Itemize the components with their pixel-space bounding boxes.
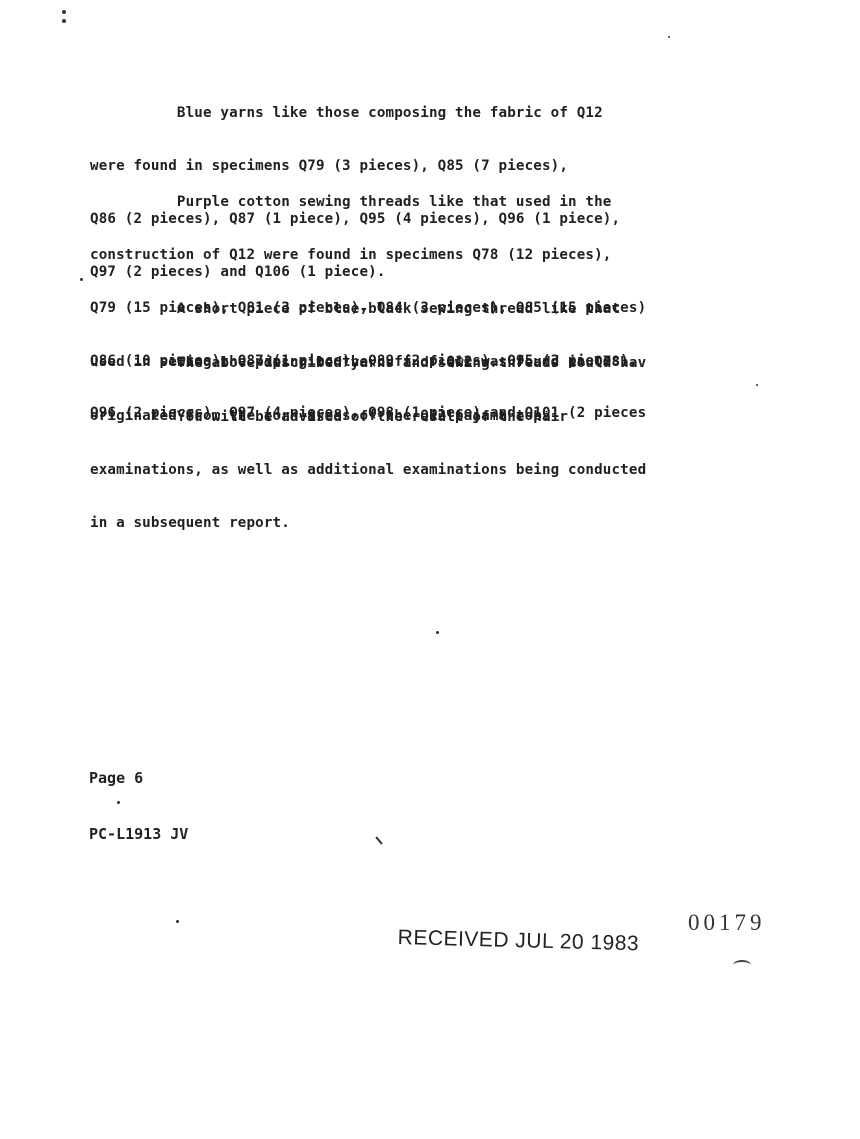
text-line: A short piece of blue-black sewing threa…: [90, 301, 790, 319]
scan-speck: [62, 10, 66, 14]
text-line: examinations, as well as additional exam…: [90, 462, 790, 480]
scan-mark: [375, 836, 382, 844]
scan-speck: [436, 631, 439, 634]
file-reference: PC-L1913 JV: [89, 825, 188, 844]
scan-speck: [176, 920, 179, 923]
paragraph-advisory: You will be advised of the result of the…: [90, 374, 790, 568]
text-line: The above-described yarns and sewing thr…: [90, 355, 790, 373]
scan-speck: [117, 801, 120, 804]
text-line: Blue yarns like those composing the fabr…: [90, 105, 790, 123]
scan-speck: [62, 19, 66, 23]
scan-speck: [668, 36, 670, 38]
text-line: in a subsequent report.: [90, 515, 790, 533]
received-stamp: RECEIVED JUL 20 1983: [397, 926, 639, 956]
document-page: Blue yarns like those composing the fabr…: [0, 0, 860, 1139]
page-footer: Page 6 PC-L1913 JV: [89, 732, 188, 880]
handwritten-mark: [733, 960, 751, 970]
text-line: You will be advised of the result of the…: [90, 409, 790, 427]
scan-speck: [756, 384, 758, 386]
text-line: construction of Q12 were found in specim…: [90, 247, 790, 265]
text-line: Purple cotton sewing threads like that u…: [90, 194, 790, 212]
document-number: 00179: [688, 910, 766, 936]
page-label: Page 6: [89, 769, 188, 788]
scan-speck: [80, 278, 83, 281]
